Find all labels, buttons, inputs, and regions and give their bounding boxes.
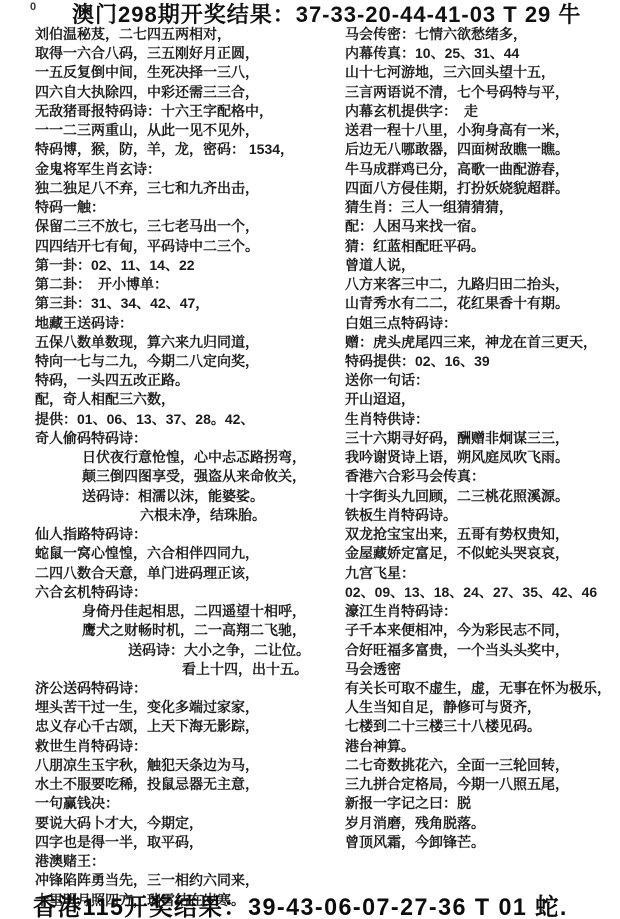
text-line: 铁板生肖特码诗。 — [345, 506, 617, 525]
text-line: 第三卦：31、34、42、47， — [35, 294, 320, 313]
text-line: 仙人指路特码诗： — [35, 525, 320, 544]
text-line: 四面八方侵佳期，打扮妖娆貌超群。 — [345, 179, 617, 198]
text-line: 特码提供：02、16、39 — [345, 352, 617, 371]
text-line: 一五反复倒中间，生死决择一三八， — [35, 63, 320, 82]
text-line: 提供：01、06、13、37、28。42、 — [35, 410, 320, 429]
text-line: 第一卦：02、11、14、22 — [35, 256, 320, 275]
text-line: 鹰犬之财畅时机，二一高翔二飞驰， — [35, 621, 320, 640]
text-line: 有关长可取不虚生，虚，无事在怀为极乐， — [345, 679, 617, 698]
text-line: 猜生肖：三人一组猜猜猜， — [345, 198, 617, 217]
text-line: 九宫飞星： — [345, 564, 617, 583]
text-line: 濠江生肖特码诗： — [345, 602, 617, 621]
text-line: 取得一六合八码，三五刚好月正圆， — [35, 44, 320, 63]
text-line: 三十六期寻好码，酬赠非炯谋三三， — [345, 429, 617, 448]
text-line: 02、09、13、18、24、27、35、42、46 — [345, 583, 617, 602]
text-line: 曾道人说， — [345, 256, 617, 275]
text-line: 保留二三不放七，三七老马出一个， — [35, 217, 320, 236]
text-line: 内幕传真：10、25、31、44 — [345, 44, 617, 63]
text-line: 送君一程十八里，小狗身高有一米， — [345, 121, 617, 140]
text-line: 八方来客三中二，九路归田二抬头， — [345, 275, 617, 294]
text-line: 合好旺福多富贵，一个当头头奖中， — [345, 641, 617, 660]
text-line: 山十七河游地，三六回头望十五， — [345, 63, 617, 82]
text-line: 埋头苦干过一生，变化多端过家家， — [35, 698, 320, 717]
text-line: 曾顶风霜，今卸锋芒。 — [345, 833, 617, 852]
text-line: 七楼到二十三楼三十八楼见码。 — [345, 717, 617, 736]
text-line: 赠：虎头虎尾四三来，神龙在首三更天， — [345, 333, 617, 352]
text-line: 特码一触： — [35, 198, 320, 217]
inline-artifact-zero: 0 — [44, 552, 48, 561]
text-line: 特码博，猴，防，羊，龙，密码： 1534， — [35, 140, 320, 159]
text-line: 新报一字记之曰：脱 — [345, 794, 617, 813]
text-line: 三九拼合定格局，今期一八照五尾， — [345, 775, 617, 794]
text-line: 一一二三两重山，从此一见不见外， — [35, 121, 320, 140]
text-line: 我吟谢贤诗上语，朔风庭凤吹飞雨。 — [345, 448, 617, 467]
text-line: 三言两语说不清，七个号码特与平， — [345, 83, 617, 102]
text-line: 刘伯温秘芨，二七四五两相对， — [35, 25, 320, 44]
text-line: 送码诗：大小之争，二让位。 — [35, 641, 320, 660]
text-line: 济公送码特码诗： — [35, 679, 320, 698]
text-line: 配，奇人相配三六数， — [35, 390, 320, 409]
text-line: 第二卦： 开小博单： — [35, 275, 320, 294]
text-line: 四字也是得一半，取平码， — [35, 833, 320, 852]
text-line: 四六自大执除四，中彩还需三三合， — [35, 83, 320, 102]
text-line: 内幕玄机提供字： 走 — [345, 102, 617, 121]
text-line: 香港六合彩马会传真： — [345, 467, 617, 486]
text-line: 港澳赌王： — [35, 852, 320, 871]
text-line: 五保八数单数现，算六来九归同道， — [35, 333, 320, 352]
text-line: 忠义存心千古颂，上天下海无影踪， — [35, 717, 320, 736]
text-line: 马会传密：七情六欲愁绪多， — [345, 25, 617, 44]
text-line: 日伏夜行意怆惶，心中忐忑路拐弯， — [35, 448, 320, 467]
text-line: 二七奇数挑花六，全面一三轮回转， — [345, 756, 617, 775]
text-line: 生肖特供诗： — [345, 410, 617, 429]
text-line: 特向一七与二九，今期二八定向奖， — [35, 352, 320, 371]
text-line: 配：人困马来找一宿。 — [345, 217, 617, 236]
footer-result-banner: 香港115开奖结果：39-43-06-07-27-36 T 01 蛇. — [33, 887, 568, 919]
text-line: 六根未净，结珠胎。 — [35, 506, 320, 525]
right-column: 马会传密：七情六欲愁绪多，内幕传真：10、25、31、44山十七河游地，三六回头… — [345, 25, 617, 852]
text-line: 金鬼将军生肖玄诗： — [35, 160, 320, 179]
text-line: 地藏王送码诗： — [35, 314, 320, 333]
text-line: 水土不服要吃稀，投鼠忌器无主意， — [35, 775, 320, 794]
page-corner-artifact: 0 — [30, 1, 36, 13]
text-line: 奇人偷码特码诗： — [35, 429, 320, 448]
left-column: 刘伯温秘芨，二七四五两相对，取得一六合八码，三五刚好月正圆，一五反复倒中间，生死… — [35, 25, 320, 910]
text-line: 山青秀水有二二，花红果香十有期。 — [345, 294, 617, 313]
text-line: 白姐三点特码诗： — [345, 314, 617, 333]
text-line: 二四八数合天意，单门进码理正该， — [35, 564, 320, 583]
text-line: 送码诗：相濡以沫，能婆娑。 — [35, 487, 320, 506]
text-line: 人生当知自足，静修可与贤齐， — [345, 698, 617, 717]
text-line: 要说大码卜才大，今期定， — [35, 814, 320, 833]
text-line: 颠三倒四图享受，强盗从来命攸关， — [35, 467, 320, 486]
text-line: 无敌猪哥报特码诗：十六王字配格中， — [35, 102, 320, 121]
text-line: 蛇鼠一窝心惶惶，六合相伴四同九， — [35, 544, 320, 563]
text-line: 十字街头九回顾，二三桃花照溪源。 — [345, 487, 617, 506]
text-line: 后边无八哪敢器，四面树敌瞧一瞧。 — [345, 140, 617, 159]
text-line: 子千本来便相冲，今为彩民志不同， — [345, 621, 617, 640]
text-line: 一句赢钱决： — [35, 794, 320, 813]
text-line: 看上十四，出十五。 — [35, 660, 320, 679]
text-line: 岁月消磨，残角脱落。 — [345, 814, 617, 833]
text-line: 救世生肖特码诗： — [35, 737, 320, 756]
text-line: 八朋凉生玉宇秋，触犯天条边为马， — [35, 756, 320, 775]
text-line: 马会透密 — [345, 660, 617, 679]
text-line: 开山迢迢， — [345, 390, 617, 409]
text-line: 牛马成群鸡已分，高歌一曲配游春， — [345, 160, 617, 179]
text-line: 六合玄机特码诗： — [35, 583, 320, 602]
text-line: 金屋藏娇定富足，不似蛇头哭哀哀， — [345, 544, 617, 563]
text-line: 港台神算。 — [345, 737, 617, 756]
text-line: 独二独足八不弃，三七和九齐出击， — [35, 179, 320, 198]
text-line: 双龙抢宝宝出来，五哥有势权贵知， — [345, 525, 617, 544]
text-line: 猜：红蓝相配旺平码。 — [345, 237, 617, 256]
text-line: 身倚丹佳起相思，二四遥望十相呼， — [35, 602, 320, 621]
text-line: 送你一句话： — [345, 371, 617, 390]
text-line: 特码，一头四五改正路。 — [35, 371, 320, 390]
text-line: 四四结开七有甸，平码诗中二三个。 — [35, 237, 320, 256]
